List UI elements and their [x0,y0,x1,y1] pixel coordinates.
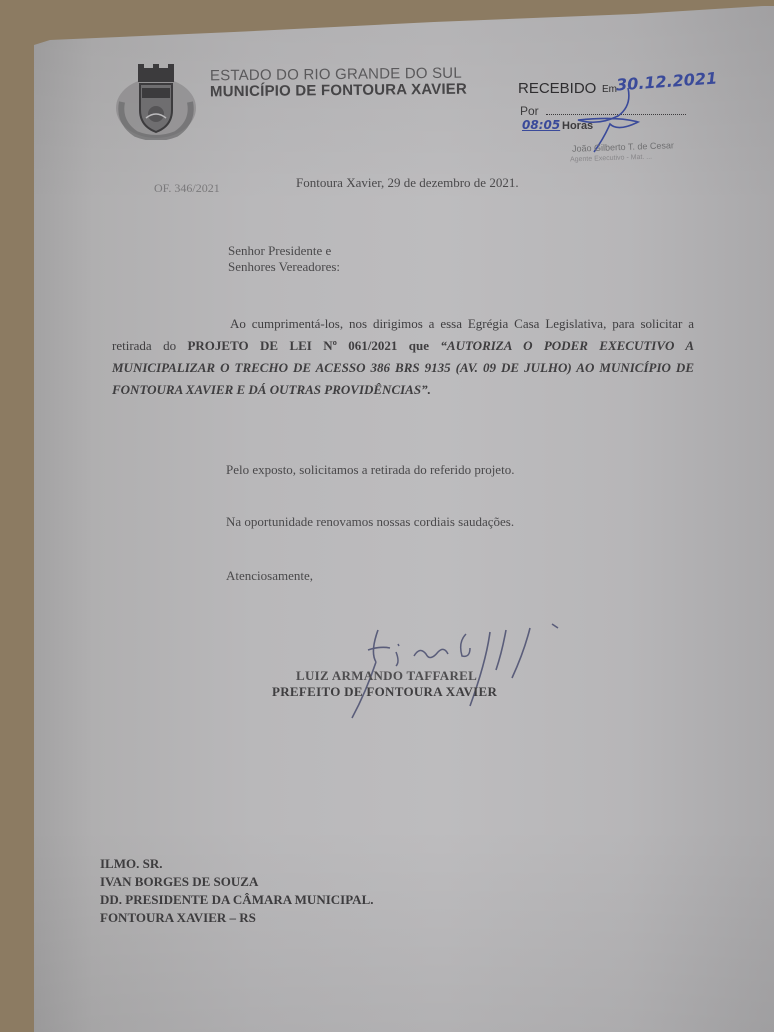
salutation-line-2: Senhores Vereadores: [228,259,340,275]
salutation-line-1: Senhor Presidente e [228,243,331,259]
body-bill-number: PROJETO DE LEI Nº 061/2021 que [187,338,429,353]
addressee-role: DD. PRESIDENTE DA CÂMARA MUNICIPAL. [100,891,374,909]
paragraph-greetings: Na oportunidade renovamos nossas cordiai… [226,514,514,530]
stamp-time-handwritten: 08:05 [522,118,560,132]
stamp-signer-name: João Gilberto T. de Cesar [572,140,674,154]
paragraph-closing: Atenciosamente, [226,568,313,584]
letter-place-date: Fontoura Xavier, 29 de dezembro de 2021. [296,175,519,191]
letter-reference: OF. 346/2021 [154,181,220,196]
municipal-coat-of-arms-icon [112,62,200,140]
addressee-honorific: ILMO. SR. [100,855,374,873]
signer-title: PREFEITO DE FONTOURA XAVIER [272,684,497,700]
stamp-signer-role: Agente Executivo - Mat. ... [570,154,652,164]
signer-name: LUIZ ARMANDO TAFFAREL [296,668,477,684]
stamp-por-label: Por [520,104,539,118]
letter-body-paragraph: Ao cumprimentá-los, nos dirigimos a essa… [112,313,694,401]
receipt-stamp: RECEBIDO Em 30.12.2021 Por 08:05 Horas J… [518,78,758,178]
paragraph-request: Pelo exposto, solicitamos a retirada do … [226,462,514,478]
addressee-name: IVAN BORGES DE SOUZA [100,873,374,891]
addressee-block: ILMO. SR. IVAN BORGES DE SOUZA DD. PRESI… [100,855,374,927]
header-municipality: MUNICÍPIO DE FONTOURA XAVIER [210,81,467,101]
addressee-location: FONTOURA XAVIER – RS [100,909,374,927]
